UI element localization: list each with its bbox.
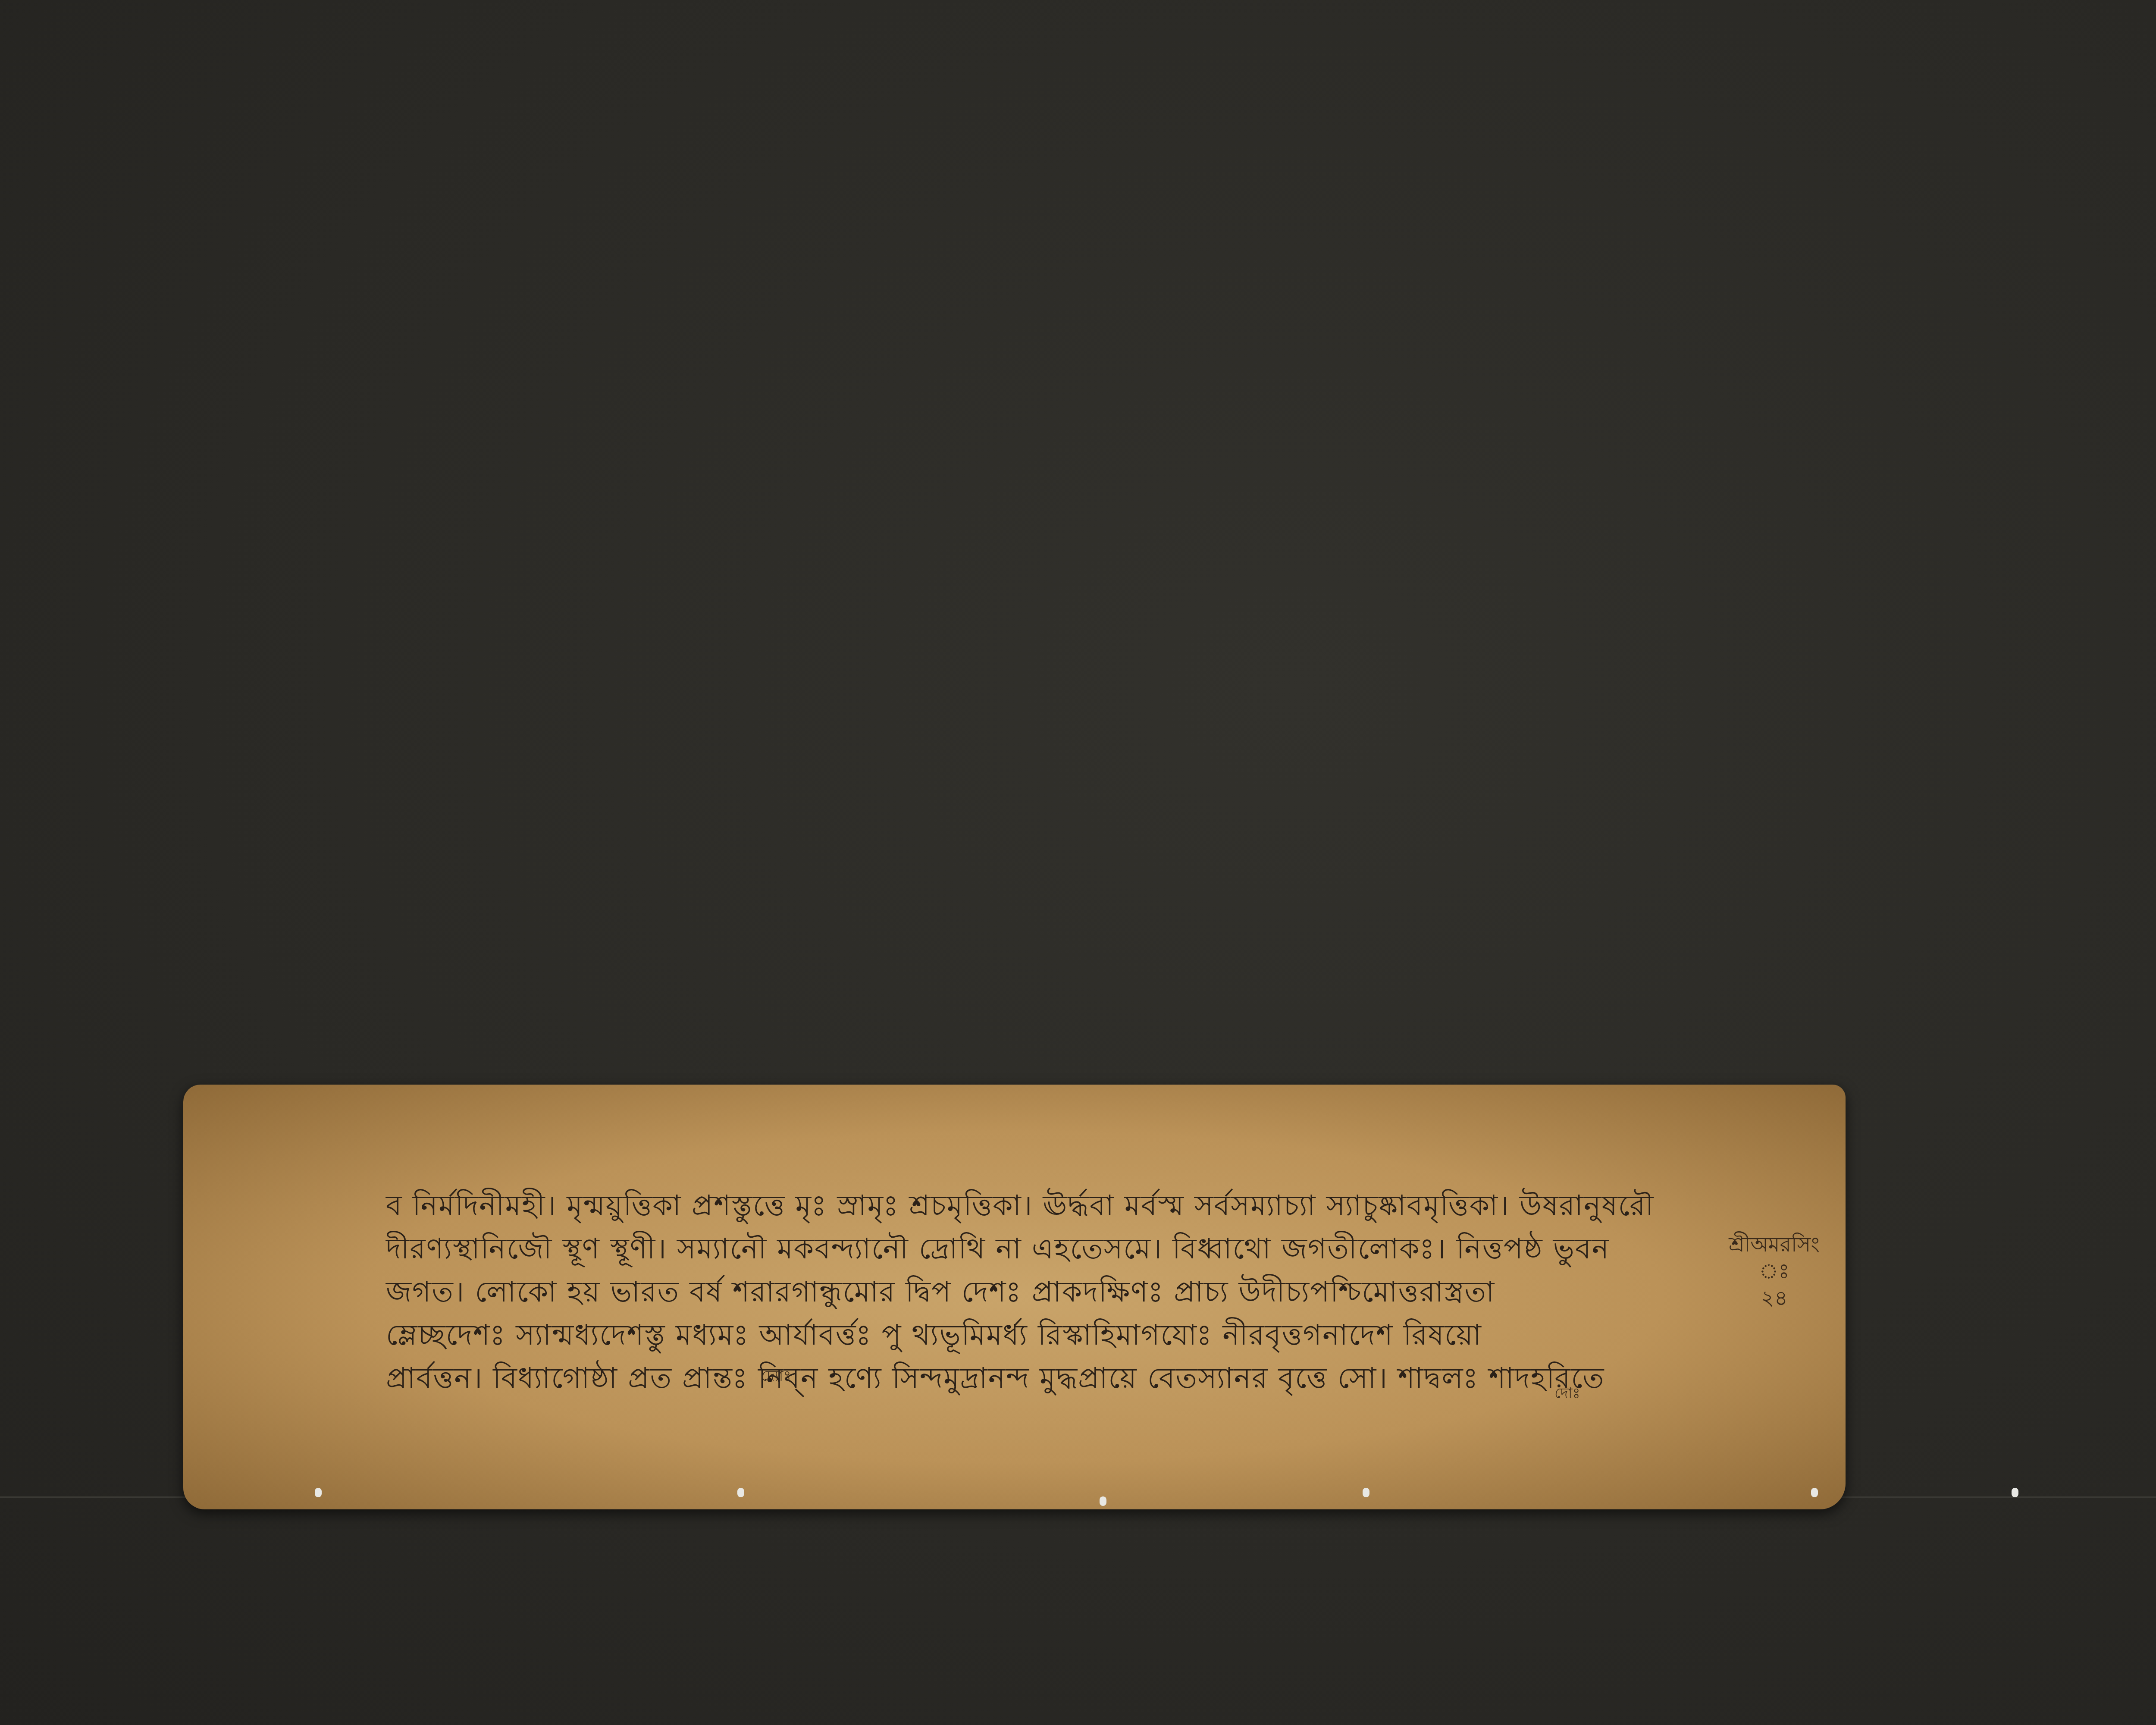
mounting-pin: [737, 1488, 744, 1497]
manuscript-line-4: ম্লেচ্ছদেশঃ স্যান্মধ্যদেশস্তু মধ্যমঃ আর্…: [386, 1313, 1766, 1356]
correction-note-1: দ্যোঃ: [761, 1365, 791, 1389]
folio-label: শ্রীঅমরসিং: [1729, 1231, 1820, 1258]
mounting-pin: [1363, 1488, 1369, 1497]
manuscript-text-block: ব নির্মদিনীমহী। মৃন্ময়ুত্তিকা প্রশস্তুত…: [386, 1184, 1766, 1399]
folio-number: ২৪: [1729, 1285, 1820, 1311]
mounting-pin: [315, 1488, 322, 1497]
correction-note-2: দোঃ: [1554, 1382, 1580, 1407]
manuscript-leaf: ব নির্মদিনীমহী। মৃন্ময়ুত্তিকা প্রশস্তুত…: [183, 1085, 1846, 1509]
mounting-pin: [1811, 1488, 1818, 1497]
manuscript-line-3: জগত। লোকো হয় ভারত বর্ষ শরারগান্ধুমোর দ্…: [386, 1270, 1766, 1313]
mounting-pin: [1100, 1496, 1106, 1506]
manuscript-line-2: দীরণ্যস্থানিজৌ স্থূণ স্থূণী। সম্যানৌ মকব…: [386, 1227, 1766, 1270]
mounting-pin: [2012, 1488, 2018, 1497]
folio-marginalia: শ্রীঅমরসিং ঃ ২৪: [1729, 1231, 1820, 1311]
manuscript-line-1: ব নির্মদিনীমহী। মৃন্ময়ুত্তিকা প্রশস্তুত…: [386, 1184, 1766, 1227]
folio-sublabel: ঃ: [1729, 1258, 1820, 1285]
